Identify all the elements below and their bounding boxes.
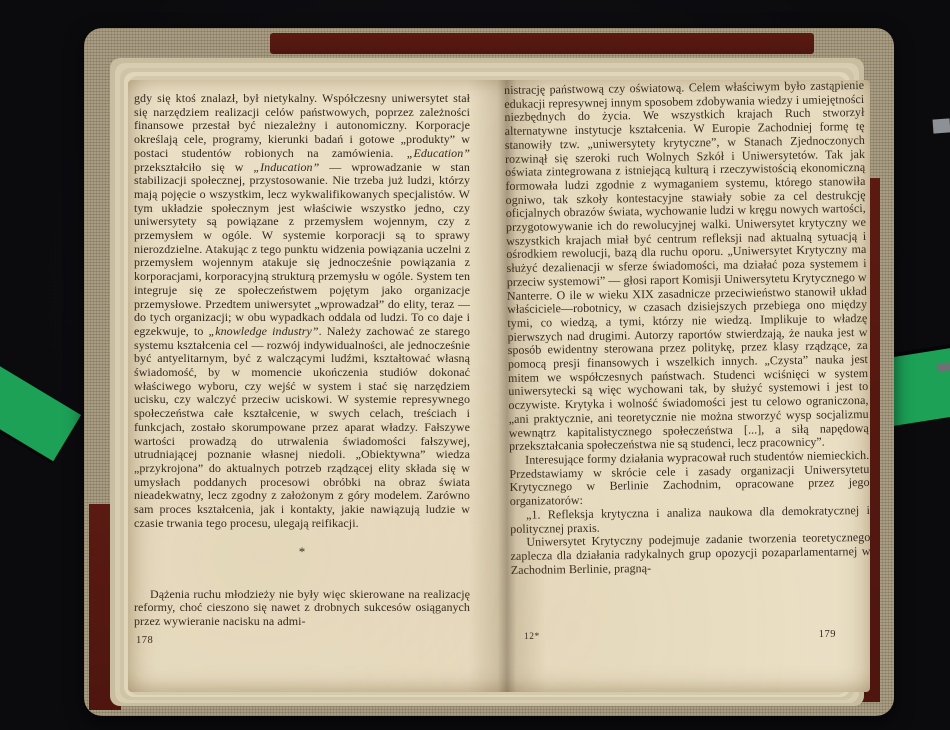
right-page-text: nistrację państwową czy oświatową. Celem… [504, 80, 870, 577]
body-paragraph: Uniwersytet Krytyczny podejmuje zadanie … [510, 531, 870, 577]
green-stripe-left [0, 337, 81, 462]
body-paragraph: gdy się ktoś znalazł, był nietykalny. Ws… [134, 92, 470, 531]
gray-edge-object-middle [937, 362, 950, 371]
page-number-left: 178 [136, 635, 153, 646]
body-paragraph: nistrację państwową czy oświatową. Celem… [504, 80, 869, 454]
page-number-right: 179 [819, 629, 836, 640]
gray-edge-object-top [933, 118, 950, 133]
signature-mark: 12* [524, 632, 540, 642]
right-page: nistrację państwową czy oświatową. Celem… [484, 80, 870, 692]
leather-spine-strip-top [270, 33, 814, 54]
open-book: gdy się ktoś znalazł, był nietykalny. Ws… [84, 28, 894, 716]
body-paragraph: Interesujące formy działania wypracował … [509, 449, 870, 509]
body-paragraph: Dążenia ruchu młodzieży nie były więc sk… [134, 588, 470, 629]
left-page: gdy się ktoś znalazł, był nietykalny. Ws… [128, 80, 484, 692]
section-separator: * [134, 545, 470, 558]
photo-of-open-book: { "photo": { "background_color": "#0b0b0… [0, 0, 950, 730]
left-page-text: gdy się ktoś znalazł, był nietykalny. Ws… [134, 92, 470, 629]
page-spread: gdy się ktoś znalazł, był nietykalny. Ws… [128, 80, 870, 692]
